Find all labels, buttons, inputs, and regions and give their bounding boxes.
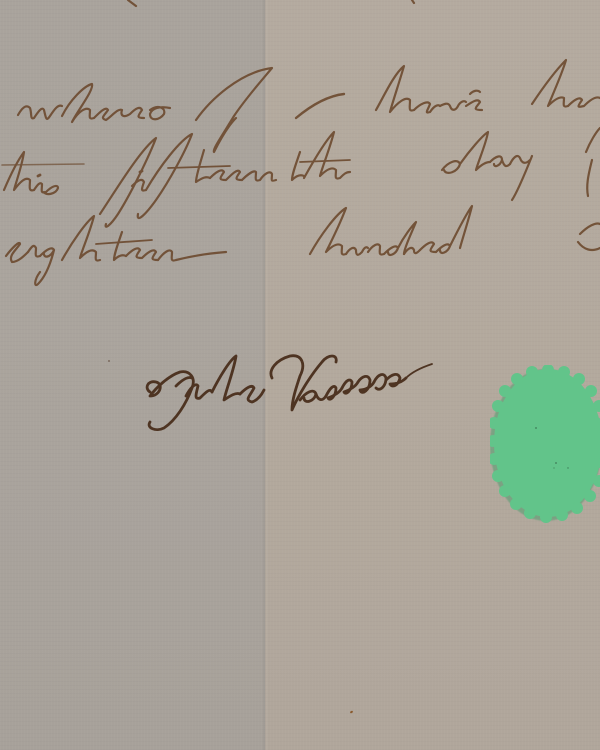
signature-strokes — [147, 356, 432, 430]
line-2-strokes — [2, 128, 600, 227]
line-3-strokes — [6, 206, 600, 285]
green-wafer-seal — [490, 365, 600, 523]
document-page: whereof I have hereu this fifteenth day … — [0, 0, 600, 750]
seal-icon — [490, 365, 600, 523]
line-1-strokes — [18, 60, 600, 152]
